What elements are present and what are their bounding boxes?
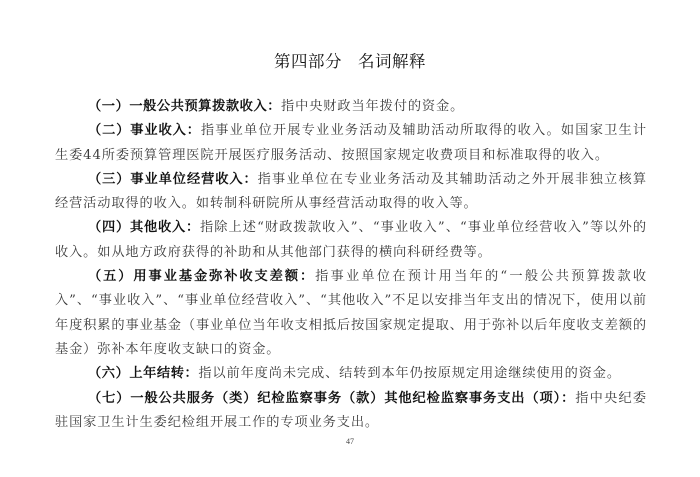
title-part: 第四部分 (274, 52, 342, 71)
glossary-entry: （一）一般公共预算拨款收入：指中央财政当年拨付的资金。 (55, 95, 647, 119)
glossary-entry: （六）上年结转：指以前年度尚未完成、结转到本年仍按原规定用途继续使用的资金。 (55, 362, 647, 386)
glossary-definition: 指以前年度尚未完成、结转到本年仍按原规定用途继续使用的资金。 (198, 366, 621, 381)
document-page: 第四部分名词解释 （一）一般公共预算拨款收入：指中央财政当年拨付的资金。 （二）… (0, 0, 700, 477)
glossary-term: （四）其他收入： (88, 220, 200, 235)
glossary-entry: （四）其他收入：指除上述“财政拨款收入”、“事业收入”、“事业单位经营收入”等以… (55, 216, 647, 265)
glossary-entry: （七）一般公共服务（类）纪检监察事务（款）其他纪检监察事务支出（项）：指中央纪委… (55, 387, 647, 436)
page-title: 第四部分名词解释 (0, 48, 700, 72)
glossary-definition: 指中央财政当年拨付的资金。 (281, 99, 464, 114)
glossary-entry: （二）事业收入：指事业单位开展专业业务活动及辅助活动所取得的收入。如国家卫生计生… (55, 119, 647, 168)
glossary-body: （一）一般公共预算拨款收入：指中央财政当年拨付的资金。 （二）事业收入：指事业单… (55, 95, 647, 435)
glossary-term: （三）事业单位经营收入： (88, 172, 258, 187)
glossary-entry: （三）事业单位经营收入：指事业单位在专业业务活动及其辅助活动之外开展非独立核算经… (55, 168, 647, 217)
glossary-term: （二）事业收入： (88, 123, 201, 138)
glossary-term: （六）上年结转： (88, 366, 198, 381)
glossary-term: （七）一般公共服务（类）纪检监察事务（款）其他纪检监察事务支出（项）： (88, 391, 575, 406)
title-name: 名词解释 (358, 52, 426, 71)
glossary-term: （五）用事业基金弥补收支差额： (88, 269, 315, 284)
page-number: 47 (0, 437, 700, 446)
glossary-term: （一）一般公共预算拨款收入： (88, 99, 281, 114)
glossary-entry: （五）用事业基金弥补收支差额：指事业单位在预计用当年的“一般公共预算拨款收入”、… (55, 265, 647, 362)
